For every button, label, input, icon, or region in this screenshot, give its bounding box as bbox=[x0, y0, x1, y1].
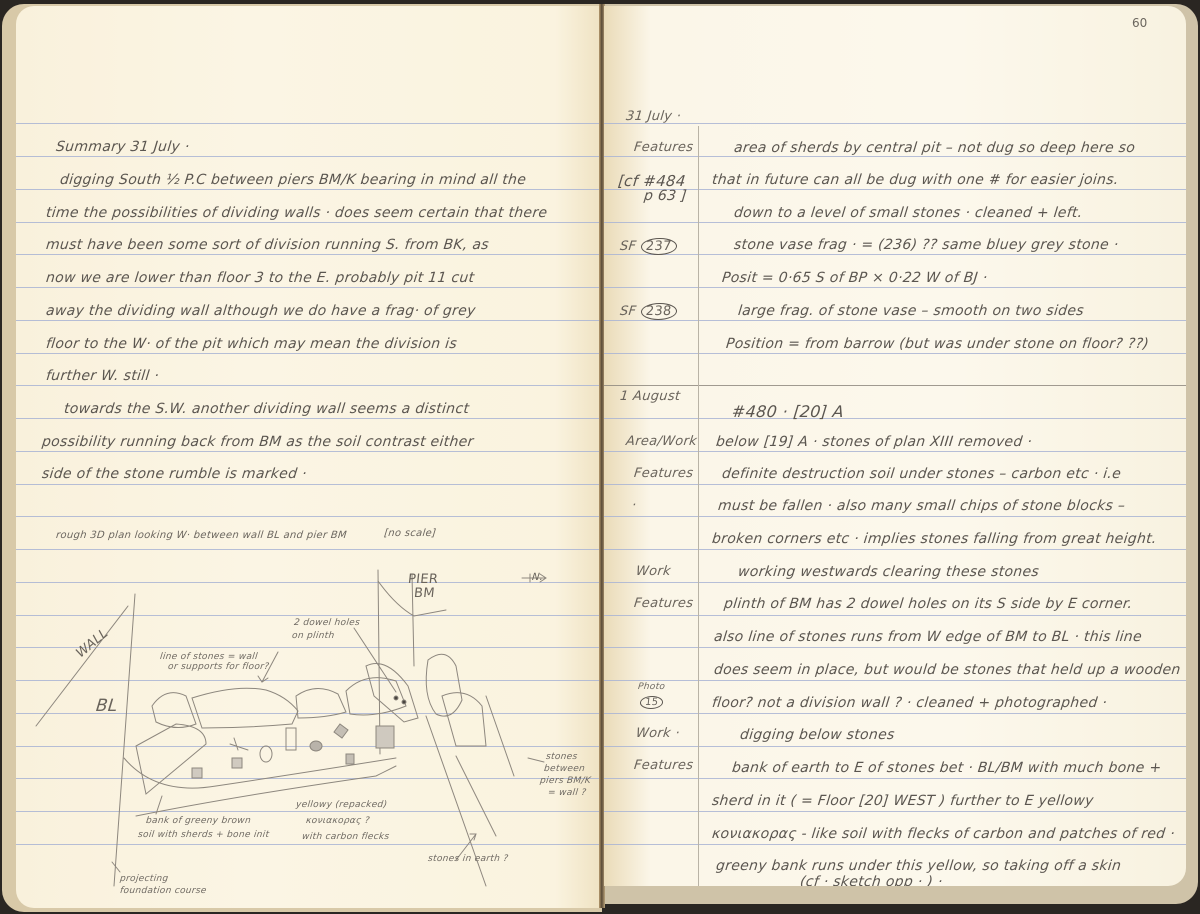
site-plan-sketch bbox=[16, 6, 602, 908]
dowel-holes-label: 2 dowel holes bbox=[293, 618, 360, 628]
projecting-label: projecting bbox=[119, 874, 168, 884]
entry-text: plinth of BM has 2 dowel holes on its S … bbox=[723, 596, 1133, 612]
entry-text: that in future can all be dug with one #… bbox=[711, 172, 1119, 188]
pier-id-label: BM bbox=[413, 586, 435, 601]
entry-text: definite destruction soil under stones –… bbox=[721, 466, 1122, 482]
rule-line bbox=[604, 222, 1186, 223]
margin-label: Area/Work bbox=[625, 434, 698, 449]
north-arrow-label: N. bbox=[531, 572, 543, 583]
line-of-stones-label: line of stones = wall bbox=[159, 652, 258, 662]
rule-line bbox=[604, 778, 1186, 779]
pier-label: PIER bbox=[407, 572, 439, 587]
dowel-holes-label-2: on plinth bbox=[291, 631, 334, 641]
stones-between-label: stones bbox=[545, 752, 578, 762]
margin-line bbox=[698, 126, 699, 886]
margin-sf: SF 237 bbox=[619, 238, 677, 255]
stones-in-earth-label: stones in earth ? bbox=[427, 854, 508, 864]
page-number: 60 bbox=[1132, 16, 1147, 30]
entry-text: Posit = 0·65 S of BP × 0·22 W of BJ · bbox=[721, 270, 988, 286]
entry-heading: #480 · [20] A bbox=[731, 402, 845, 421]
entry-text: κονιακορας - like soil with flecks of ca… bbox=[711, 826, 1176, 842]
projecting-label-2: foundation course bbox=[119, 886, 207, 896]
rule-line bbox=[604, 254, 1186, 255]
entry-text: area of sherds by central pit – not dug … bbox=[733, 140, 1136, 156]
photo-number-badge: 15 bbox=[639, 696, 664, 709]
yellowy-label-3: with carbon flecks bbox=[301, 832, 389, 842]
rule-line bbox=[604, 582, 1186, 583]
entry-text: digging below stones bbox=[739, 727, 895, 743]
bank-label: bank of greeny brown bbox=[145, 816, 251, 826]
margin-date: 31 July · bbox=[625, 109, 682, 124]
entry-text: also line of stones runs from W edge of … bbox=[713, 629, 1143, 645]
sf-number-badge: 237 bbox=[640, 238, 678, 255]
photo-number: 15 bbox=[639, 696, 664, 709]
margin-label: Features bbox=[633, 758, 694, 773]
margin-label: Work · bbox=[635, 726, 680, 741]
sf-number-badge: 238 bbox=[640, 303, 678, 320]
rule-line bbox=[604, 353, 1186, 354]
entry-text: stone vase frag · = (236) ?? same bluey … bbox=[733, 237, 1119, 253]
entry-text: does seem in place, but would be stones … bbox=[713, 662, 1181, 678]
rule-line bbox=[604, 680, 1186, 681]
sf-label: SF bbox=[619, 239, 637, 254]
entry-text: bank of earth to E of stones bet · BL/BM… bbox=[731, 760, 1162, 776]
margin-label: Features bbox=[633, 466, 694, 481]
entry-text: must be fallen · also many small chips o… bbox=[717, 498, 1126, 514]
yellowy-label: yellowy (repacked) bbox=[295, 800, 387, 810]
rule-line bbox=[604, 746, 1186, 747]
margin-label: Features bbox=[633, 140, 694, 155]
rule-line bbox=[604, 549, 1186, 550]
entry-text: (cf · sketch opp · ) · bbox=[799, 874, 943, 886]
margin-photo-label: Photo bbox=[637, 682, 665, 692]
bank-label-2: soil with sherds + bone init bbox=[137, 830, 269, 840]
margin-ref-page: p 63 ] bbox=[643, 188, 688, 204]
entry-text: sherd in it ( = Floor [20] WEST ) furthe… bbox=[711, 793, 1094, 809]
wall-id-label: BL bbox=[95, 696, 119, 716]
stones-between-label-2: between bbox=[543, 764, 585, 774]
rule-line bbox=[604, 484, 1186, 485]
entry-text: greeny bank runs under this yellow, so t… bbox=[715, 858, 1122, 874]
rule-line bbox=[604, 811, 1186, 812]
margin-label: Features bbox=[633, 596, 694, 611]
margin-label: · bbox=[631, 498, 637, 513]
line-of-stones-label-2: or supports for floor? bbox=[167, 662, 269, 672]
day-separator-line bbox=[604, 385, 1186, 386]
margin-date: 1 August bbox=[619, 389, 681, 404]
entry-text: large frag. of stone vase – smooth on tw… bbox=[737, 303, 1085, 319]
stones-between-label-4: = wall ? bbox=[547, 788, 586, 798]
right-page: 60 31 July · Features [cf #484 p 63 ] SF bbox=[604, 6, 1186, 886]
entry-text: working westwards clearing these stones bbox=[737, 564, 1040, 580]
rule-line bbox=[604, 156, 1186, 157]
entry-text: below [19] A · stones of plan XIII remov… bbox=[715, 434, 1033, 450]
sf-label: SF bbox=[619, 304, 637, 319]
left-page: Summary 31 July · digging South ½ P.C be… bbox=[16, 6, 602, 908]
rule-line bbox=[604, 615, 1186, 616]
entry-text: Position = from barrow (but was under st… bbox=[725, 336, 1150, 352]
rule-line bbox=[604, 287, 1186, 288]
rule-line bbox=[604, 418, 1186, 419]
margin-sf: SF 238 bbox=[619, 303, 677, 320]
notebook-spread: Summary 31 July · digging South ½ P.C be… bbox=[0, 0, 1200, 914]
entry-text: broken corners etc · implies stones fall… bbox=[711, 531, 1157, 547]
rule-line bbox=[604, 844, 1186, 845]
yellowy-label-2: κονιακορας ? bbox=[305, 816, 370, 826]
stones-between-label-3: piers BM/K bbox=[539, 776, 591, 786]
rule-line bbox=[604, 189, 1186, 190]
rule-line bbox=[604, 516, 1186, 517]
entry-text: floor? not a division wall ? · cleaned +… bbox=[711, 695, 1108, 711]
entry-text: down to a level of small stones · cleane… bbox=[733, 205, 1083, 221]
rule-line bbox=[604, 451, 1186, 452]
rule-line bbox=[604, 123, 1186, 124]
rule-line bbox=[604, 320, 1186, 321]
margin-label: Work bbox=[635, 564, 671, 579]
rule-line bbox=[604, 647, 1186, 648]
rule-line bbox=[604, 713, 1186, 714]
